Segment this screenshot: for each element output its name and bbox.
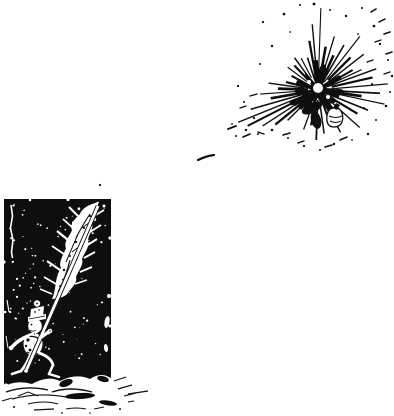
firework-burst-illustration	[228, 3, 393, 151]
night-vignette-illustration	[0, 184, 148, 414]
flying-spark-dash	[198, 155, 214, 160]
page-background	[0, 0, 394, 416]
illustration-canvas	[0, 0, 394, 416]
